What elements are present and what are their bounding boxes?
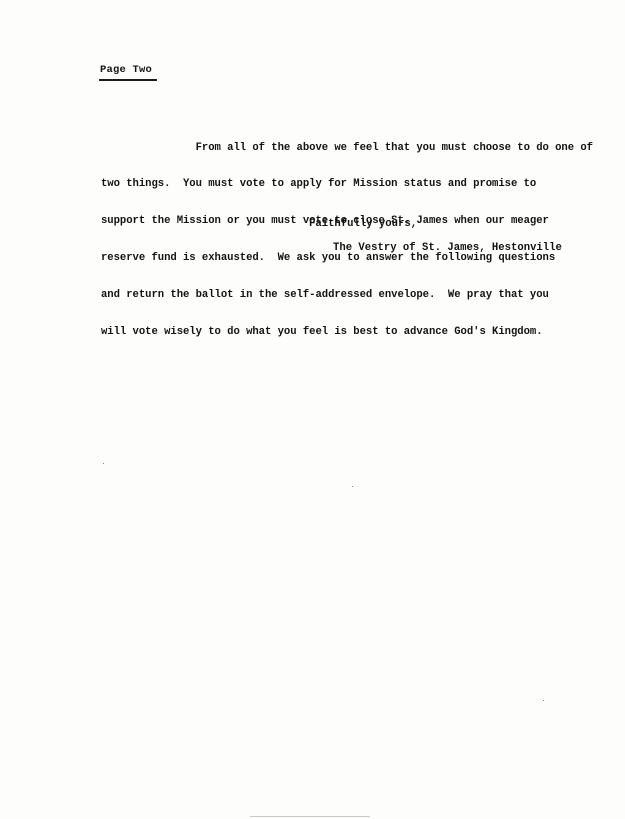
scan-speck <box>352 486 353 487</box>
signature-line: The Vestry of St. James, Hestonville <box>333 242 562 254</box>
closing-salutation: Faithfully yours, <box>309 218 417 230</box>
scan-edge-mark <box>250 816 370 817</box>
document-page: Page Two From all of the above we feel t… <box>0 0 625 819</box>
body-line: will vote wisely to do what you feel is … <box>101 326 571 338</box>
body-line: two things. You must vote to apply for M… <box>101 178 571 190</box>
heading-underline <box>99 79 157 81</box>
page-heading: Page Two <box>100 64 152 76</box>
body-line: reserve fund is exhausted. We ask you to… <box>101 252 571 264</box>
scan-speck <box>103 463 104 464</box>
scan-speck <box>543 700 544 701</box>
body-line: From all of the above we feel that you m… <box>101 142 571 154</box>
body-line: and return the ballot in the self-addres… <box>101 289 571 301</box>
body-paragraph: From all of the above we feel that you m… <box>101 117 571 363</box>
